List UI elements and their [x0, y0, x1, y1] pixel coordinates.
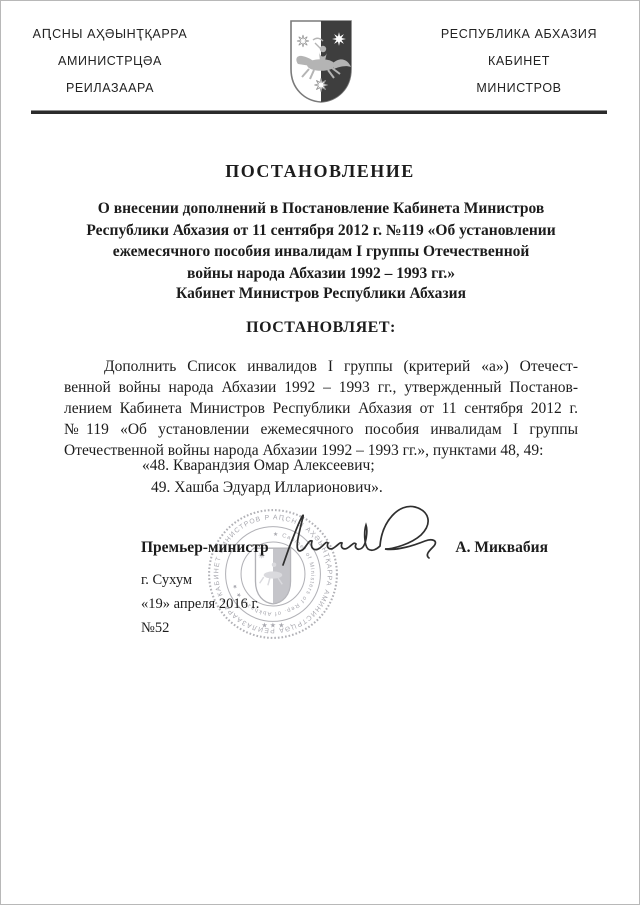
issuing-body-line: Кабинет Министров Республики Абхазия — [64, 285, 578, 303]
handwritten-signature — [261, 499, 451, 576]
subject-line-1: О внесении дополнений в Постановление Ка… — [64, 198, 578, 220]
decree-document-page: АԤСНЫ АҲӘЫНҬҚАРРА АМИНИСТРЦӘА РЕИЛАЗААРА — [0, 0, 640, 905]
header-abkhaz-line-2: АМИНИСТРЦӘА — [25, 55, 195, 67]
coat-of-arms-icon — [287, 17, 355, 110]
body-line-4: №119 «Об установлении ежемесячного пособ… — [64, 419, 578, 440]
signer-role: Премьер-министр — [141, 539, 269, 557]
signer-name: А. Миквабия — [455, 539, 548, 557]
footer-number: №52 — [141, 621, 259, 636]
footer-date: «19» апреля 2016 г. — [141, 597, 259, 612]
list-item-48: «48. Кварандзия Омар Алексеевич; — [142, 455, 383, 477]
document-subject: О внесении дополнений в Постановление Ка… — [64, 198, 578, 284]
header-divider-rule — [31, 110, 607, 114]
header-russian-line-3: МИНИСТРОВ — [419, 82, 619, 94]
header-abkhaz-line-3: РЕИЛАЗААРА — [25, 82, 195, 94]
header-russian-line-2: КАБИНЕТ — [419, 55, 619, 67]
header-russian-org-name: РЕСПУБЛИКА АБХАЗИЯ КАБИНЕТ МИНИСТРОВ — [419, 28, 619, 109]
resolves-heading: ПОСТАНОВЛЯЕТ: — [64, 319, 578, 337]
subject-line-3: ежемесячного пособия инвалидам I группы … — [64, 241, 578, 263]
subject-line-2: Республики Абхазия от 11 сентября 2012 г… — [64, 220, 578, 242]
footer-block: г. Сухум «19» апреля 2016 г. №52 — [141, 573, 259, 645]
footer-city: г. Сухум — [141, 573, 259, 588]
appended-names-list: «48. Кварандзия Омар Алексеевич; 49. Хаш… — [142, 455, 383, 498]
header-russian-line-1: РЕСПУБЛИКА АБХАЗИЯ — [419, 28, 619, 40]
document-title: ПОСТАНОВЛЕНИЕ — [1, 161, 639, 182]
list-item-49: 49. Хашба Эдуард Илларионович». — [142, 477, 383, 499]
stamp-bottom-stars: ★ ★ ★ — [261, 621, 284, 630]
header-abkhaz-line-1: АԤСНЫ АҲӘЫНҬҚАРРА — [25, 28, 195, 40]
body-line-2: венной войны народа Абхазии 1992 – 1993 … — [64, 377, 578, 398]
subject-line-4: войны народа Абхазии 1992 – 1993 гг.» — [64, 263, 578, 285]
body-line-1: Дополнить Список инвалидов I группы (кри… — [64, 356, 578, 377]
decree-body-paragraph: Дополнить Список инвалидов I группы (кри… — [64, 356, 578, 461]
header-abkhaz-org-name: АԤСНЫ АҲӘЫНҬҚАРРА АМИНИСТРЦӘА РЕИЛАЗААРА — [25, 28, 195, 109]
body-line-3: лением Кабинета Министров Республики Абх… — [64, 398, 578, 419]
